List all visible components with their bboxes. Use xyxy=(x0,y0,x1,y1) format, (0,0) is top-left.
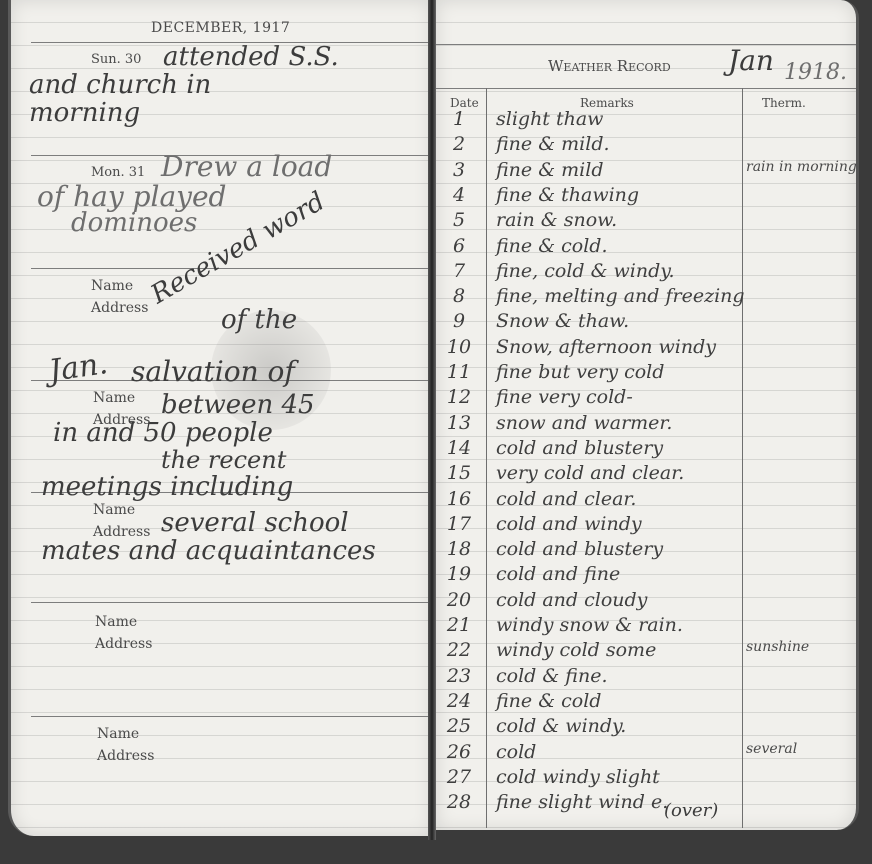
row-remarks: fine but very cold xyxy=(496,361,664,383)
row-remarks: fine & mild. xyxy=(496,133,610,155)
row-remarks: cold and cloudy xyxy=(496,589,647,611)
row-remarks: Snow & thaw. xyxy=(496,310,629,332)
row-date: 13 xyxy=(442,412,476,434)
weather-row: 19cold and fine xyxy=(436,563,856,586)
entry-sun-30-line-2: and church in xyxy=(29,70,211,100)
row-date: 7 xyxy=(442,260,476,282)
row-date: 9 xyxy=(442,310,476,332)
row-remarks: cold and clear. xyxy=(496,488,636,510)
row-date: 8 xyxy=(442,285,476,307)
left-page-december: DECEMBER, 1917 Sun. 30 attended S.S. and… xyxy=(8,0,431,836)
name-label-4: Name xyxy=(95,614,137,630)
row-date: 2 xyxy=(442,133,476,155)
entry-sun-30-line-3: morning xyxy=(29,98,140,128)
row-date: 27 xyxy=(442,766,476,788)
row-date: 21 xyxy=(442,614,476,636)
row-remarks: windy cold some xyxy=(496,639,656,661)
weather-row: 9Snow & thaw. xyxy=(436,310,856,333)
row-therm: several xyxy=(746,741,797,757)
footer-note-over: (over) xyxy=(664,800,718,821)
weather-row: 24fine & cold xyxy=(436,690,856,713)
weather-row: 1slight thaw xyxy=(436,108,856,131)
weather-row: 26coldseveral xyxy=(436,741,856,764)
row-date: 11 xyxy=(442,361,476,383)
row-remarks: rain & snow. xyxy=(496,209,617,231)
row-remarks: cold windy slight xyxy=(496,766,660,788)
weather-row: 13snow and warmer. xyxy=(436,412,856,435)
row-remarks: fine, cold & windy. xyxy=(496,260,675,282)
weather-row: 23cold & fine. xyxy=(436,665,856,688)
row-remarks: windy snow & rain. xyxy=(496,614,683,636)
header-month: Jan xyxy=(728,44,774,77)
weather-row: 4fine & thawing xyxy=(436,184,856,207)
weather-row: 3fine & mildrain in morning xyxy=(436,159,856,182)
row-remarks: fine & cold. xyxy=(496,235,608,257)
row-date: 17 xyxy=(442,513,476,535)
row-remarks: fine & thawing xyxy=(496,184,639,206)
row-date: 10 xyxy=(442,336,476,358)
name-label-1: Name xyxy=(91,278,133,294)
row-date: 20 xyxy=(442,589,476,611)
row-remarks: cold & windy. xyxy=(496,715,626,737)
row-remarks: cold and fine xyxy=(496,563,620,585)
row-remarks: cold and blustery xyxy=(496,437,663,459)
address-label-5: Address xyxy=(97,748,154,764)
row-remarks: fine & cold xyxy=(496,690,601,712)
weather-row: 11fine but very cold xyxy=(436,361,856,384)
book-spine xyxy=(428,0,436,840)
row-date: 16 xyxy=(442,488,476,510)
row-remarks: Snow, afternoon windy xyxy=(496,336,716,358)
row-date: 22 xyxy=(442,639,476,661)
day-label-mon-31: Mon. 31 xyxy=(91,165,145,180)
weather-row: 16cold and clear. xyxy=(436,488,856,511)
row-remarks: cold xyxy=(496,741,536,763)
weather-row: 2fine & mild. xyxy=(436,133,856,156)
weather-row: 7fine, cold & windy. xyxy=(436,260,856,283)
weather-row: 27cold windy slight xyxy=(436,766,856,789)
name-label-2: Name xyxy=(93,390,135,406)
row-date: 26 xyxy=(442,741,476,763)
weather-row: 6fine & cold. xyxy=(436,235,856,258)
row-remarks: cold and windy xyxy=(496,513,642,535)
row-date: 6 xyxy=(442,235,476,257)
weather-row: 15very cold and clear. xyxy=(436,462,856,485)
note-line-8: several school xyxy=(161,508,349,538)
weather-row: 17cold and windy xyxy=(436,513,856,536)
row-remarks: very cold and clear. xyxy=(496,462,684,484)
weather-row: 25cold & windy. xyxy=(436,715,856,738)
address-label-4: Address xyxy=(95,636,152,652)
weather-row: 20cold and cloudy xyxy=(436,589,856,612)
row-date: 3 xyxy=(442,159,476,181)
row-date: 18 xyxy=(442,538,476,560)
note-line-2: of the xyxy=(221,305,297,335)
name-label-5: Name xyxy=(97,726,139,742)
row-date: 4 xyxy=(442,184,476,206)
row-date: 5 xyxy=(442,209,476,231)
note-line-5: in and 50 people xyxy=(53,418,273,448)
row-remarks: snow and warmer. xyxy=(496,412,672,434)
weather-row: 10Snow, afternoon windy xyxy=(436,336,856,359)
row-date: 12 xyxy=(442,386,476,408)
address-label-1: Address xyxy=(91,300,148,316)
weather-record-header: Weather Record xyxy=(548,57,671,75)
note-line-7: meetings including xyxy=(41,472,293,502)
row-date: 19 xyxy=(442,563,476,585)
row-remarks: fine slight wind e. xyxy=(496,791,668,813)
row-remarks: cold & fine. xyxy=(496,665,608,687)
note-line-9: mates and acquaintances xyxy=(41,536,376,566)
header-year: 1918. xyxy=(784,60,847,85)
row-date: 14 xyxy=(442,437,476,459)
entry-mon-31-line-1: Drew a load xyxy=(161,150,332,183)
row-remarks: fine & mild xyxy=(496,159,603,181)
entry-mon-31-line-3: dominoes xyxy=(71,208,197,238)
row-date: 15 xyxy=(442,462,476,484)
row-date: 25 xyxy=(442,715,476,737)
weather-row: 28fine slight wind e. xyxy=(436,791,856,814)
row-therm: sunshine xyxy=(746,639,809,655)
weather-row: 22windy cold somesunshine xyxy=(436,639,856,662)
weather-row: 21windy snow & rain. xyxy=(436,614,856,637)
note-line-6: the recent xyxy=(161,446,286,474)
weather-row: 18cold and blustery xyxy=(436,538,856,561)
row-remarks: cold and blustery xyxy=(496,538,663,560)
row-date: 24 xyxy=(442,690,476,712)
note-prefix-jan: Jan. xyxy=(47,346,110,389)
right-page-weather-record: Weather Record Jan 1918. Date Remarks Th… xyxy=(436,0,859,830)
weather-row: 5rain & snow. xyxy=(436,209,856,232)
day-label-sun-30: Sun. 30 xyxy=(91,52,141,67)
weather-row: 14cold and blustery xyxy=(436,437,856,460)
name-label-3: Name xyxy=(93,502,135,518)
row-therm: rain in morning xyxy=(746,159,857,175)
page-title-december: DECEMBER, 1917 xyxy=(151,20,290,36)
row-date: 23 xyxy=(442,665,476,687)
entry-sun-30-line-1: attended S.S. xyxy=(163,42,339,72)
row-remarks: fine very cold- xyxy=(496,386,633,408)
note-line-3: salvation of xyxy=(131,355,295,388)
row-date: 28 xyxy=(442,791,476,813)
row-remarks: fine, melting and freezing xyxy=(496,285,745,307)
row-date: 1 xyxy=(442,108,476,130)
weather-row: 12fine very cold- xyxy=(436,386,856,409)
note-line-4: between 45 xyxy=(161,390,315,420)
weather-row: 8fine, melting and freezing xyxy=(436,285,856,308)
row-remarks: slight thaw xyxy=(496,108,603,130)
